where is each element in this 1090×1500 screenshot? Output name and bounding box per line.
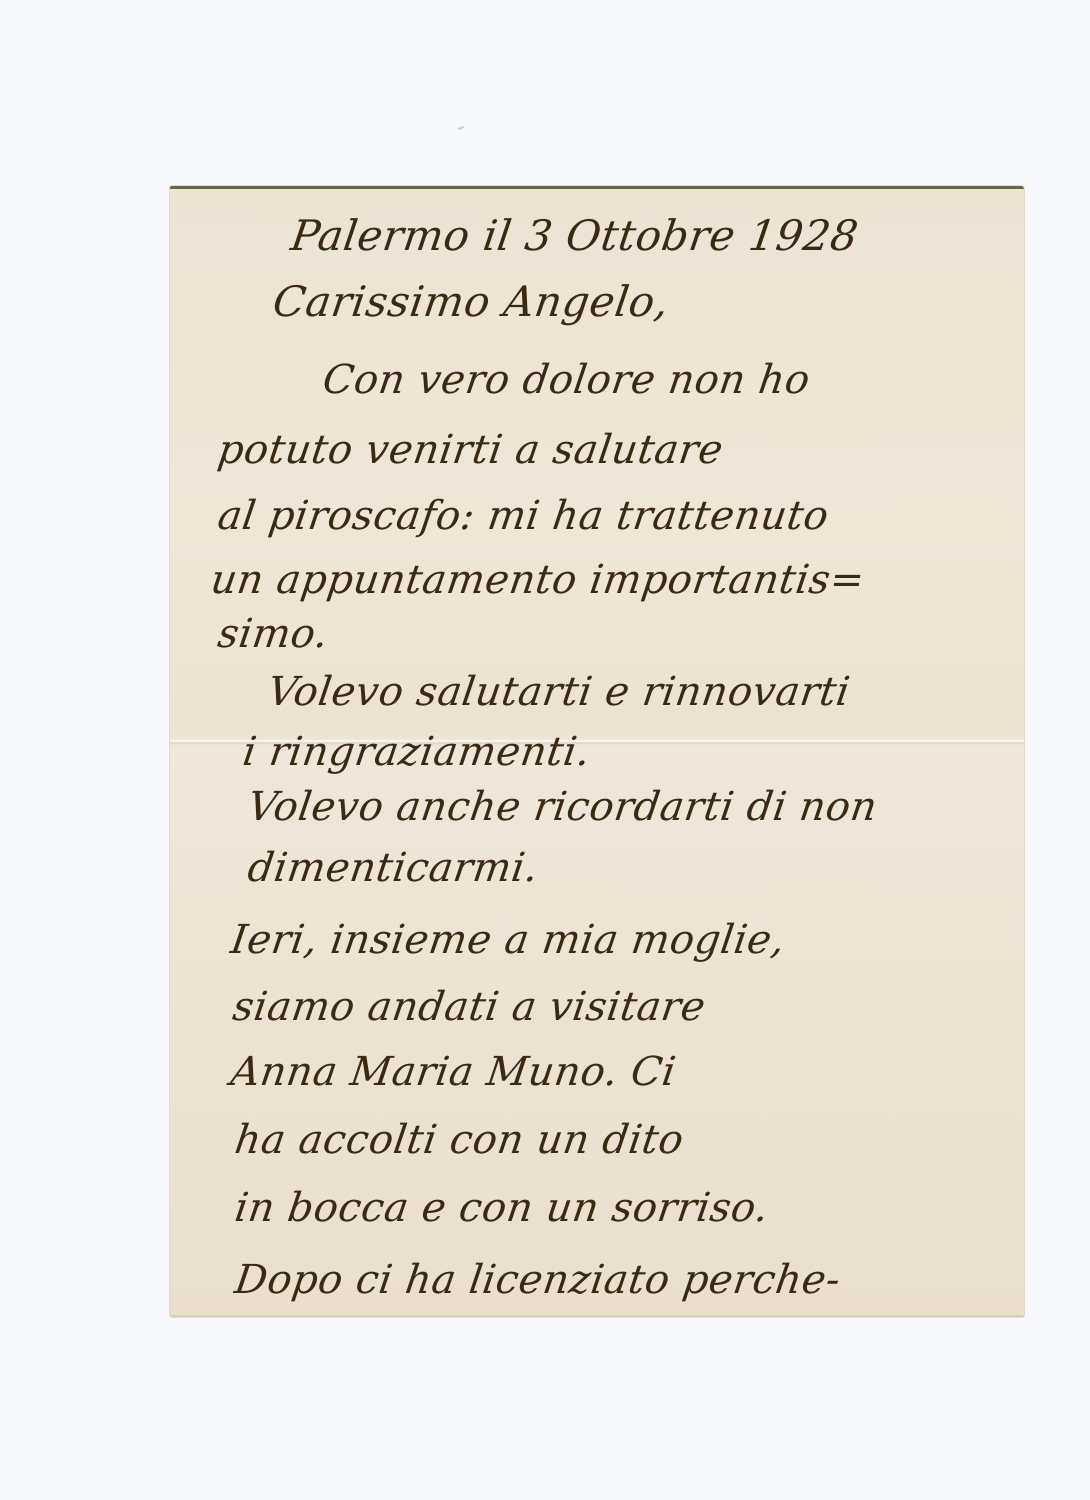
letter-line: simo. — [215, 611, 331, 657]
letter-line: i ringraziamenti. — [240, 729, 593, 775]
place-date-heading: Palermo il 3 Ottobre 1928 — [288, 211, 861, 260]
letter-line: Ieri, insieme a mia moglie, — [228, 917, 788, 963]
letter-line: Anna Maria Muno. Ci — [228, 1049, 679, 1095]
letter-line: dimenticarmi. — [245, 845, 541, 891]
letter-line: Volevo anche ricordarti di non — [245, 784, 880, 830]
letter-line: al piroscafo: mi ha trattenuto — [215, 493, 832, 539]
letter-line: un appuntamento importantis= — [208, 557, 868, 603]
letter-page: Palermo il 3 Ottobre 1928 Carissimo Ange… — [170, 186, 1024, 1317]
letter-line: Con vero dolore non ho — [320, 357, 813, 403]
letter-line: potuto venirti a salutare — [215, 427, 726, 473]
letter-line: Volevo salutarti e rinnovarti — [265, 669, 853, 715]
letter-line: ha accolti con un dito — [232, 1117, 687, 1163]
letter-line: siamo andati a visitare — [230, 984, 708, 1030]
scan-speck — [458, 126, 464, 130]
letter-line: in bocca e con un sorriso. — [232, 1185, 772, 1231]
letter-line: Dopo ci ha licenziato perche- — [232, 1257, 844, 1303]
salutation: Carissimo Angelo, — [270, 277, 672, 326]
